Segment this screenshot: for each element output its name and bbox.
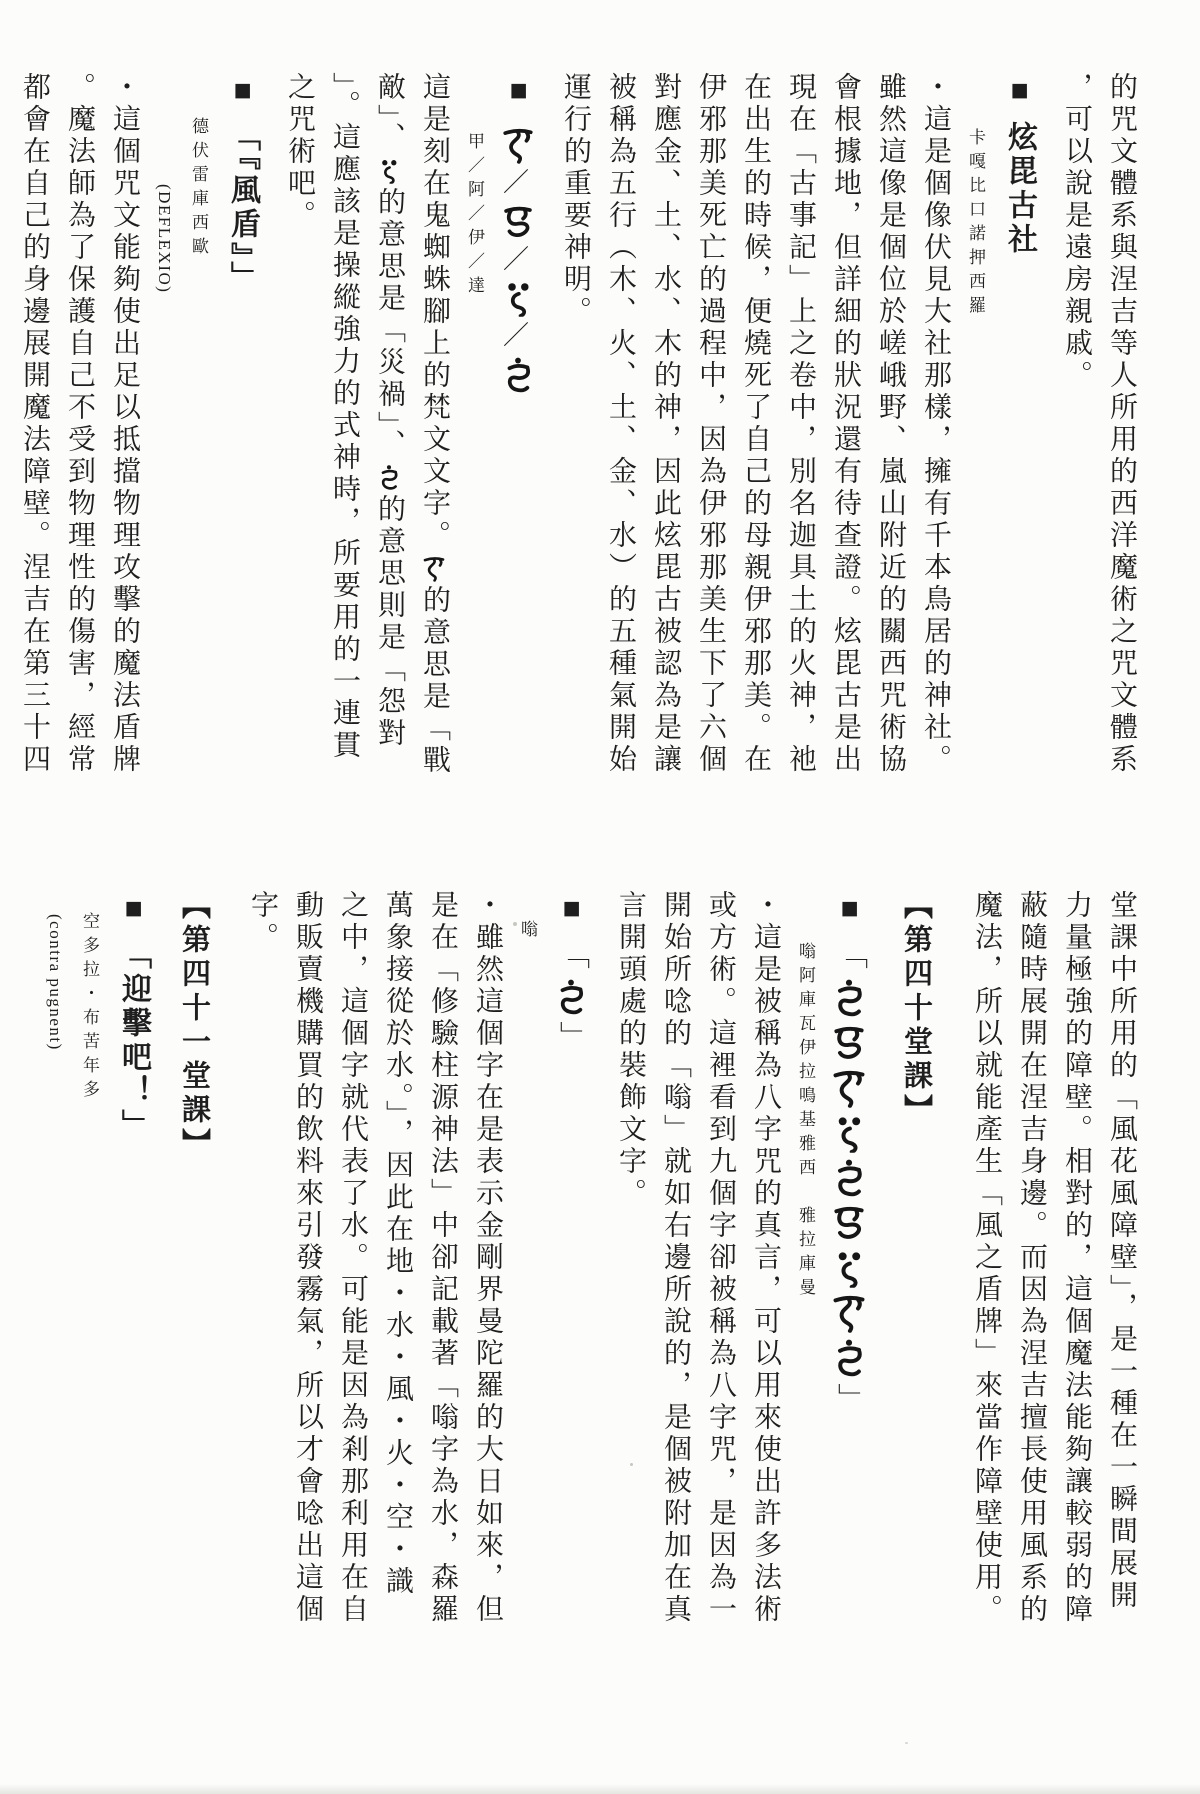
column-gap: [545, 72, 553, 82]
bonji-ma-glyph: [831, 1203, 867, 1243]
ruby-text: 嗡: [518, 920, 537, 944]
column-gap: [1046, 72, 1054, 82]
body-text: 是在「修驗柱源神法」中卻記載著「嗡字為水，森羅: [427, 890, 458, 1626]
text-column: 言開頭處的裝飾文字。: [608, 890, 653, 1665]
bonji-om-glyph: [554, 978, 588, 1016]
ruby-text: (contra pugnent): [46, 914, 65, 1051]
column-gap: [160, 890, 168, 900]
body-text: ・雖然這個字在是表示金剛界曼陀羅的大日如來，但: [472, 890, 503, 1626]
column-gap: [942, 890, 964, 900]
scan-bottom-edge: [0, 1784, 1200, 1794]
slash-separator: ／: [491, 169, 545, 198]
body-text: 都會在自己的身邊展開魔法障壁。涅吉在第三十四: [19, 72, 50, 776]
body-text: ，可以說是遠房親戚。: [1061, 72, 1092, 392]
text-column: ・這是被稱為八字咒的真言，可以用來使出許多法術: [743, 890, 788, 1665]
ruby-text: 德伏雷庫西歐: [189, 117, 208, 261]
bonji-glyph-stack: [822, 973, 876, 1383]
heading-square-marker: ■: [118, 892, 148, 929]
ruby-text: 空多拉・布苦年多: [80, 912, 99, 1104]
text-column: ・這是個像伏見大社那樣，擁有千本鳥居的神社。: [913, 72, 958, 810]
bonji-ma-glyph: [831, 1023, 867, 1063]
bonji-glyph-stack: ／／／: [491, 121, 545, 399]
body-text: 」。這應該是操縱強力的式神時，所要用的一連貫: [329, 72, 360, 762]
body-text: 運行的重要神明。: [560, 72, 591, 328]
bonji-i-glyph: [831, 1248, 867, 1288]
body-text: ・這個咒文能夠使出足以抵擋物理攻擊的魔法盾牌: [109, 72, 140, 776]
body-text: ・這是被稱為八字咒的真言，可以用來使出許多法術: [750, 890, 781, 1626]
text-column: 開始所唸的「嗡」就如右邊所說的，是個被附加在真: [653, 890, 698, 1665]
bonji-om-glyph: [831, 1338, 867, 1378]
column-gap: [876, 890, 890, 900]
section-heading: ■／／／: [491, 72, 545, 810]
bonji-om-glyph: [831, 1158, 867, 1198]
scan-speck: [905, 1742, 908, 1744]
text-column: 。魔法師為了保護自己不受到物理性的傷害，經常: [57, 72, 102, 810]
body-text: 動販賣機購買的飲料來引發霧氣，所以才會唸出這個: [292, 890, 323, 1626]
text-column: 之中，這個字就代表了水。可能是因為剎那利用在自: [330, 890, 375, 1665]
bonji-om-glyph: [501, 356, 535, 394]
ruby-text: 嗡阿庫瓦伊拉鳴基雅西 雅拉庫曼: [796, 942, 815, 1302]
text-column: 字。: [240, 890, 285, 1665]
section-heading: ■「迎擊吧！」: [106, 890, 160, 1665]
body-text: ・這是個像伏見大社那樣，擁有千本鳥居的神社。: [920, 72, 951, 776]
text-column: 的咒文體系與涅吉等人所用的西洋魔術之咒文體系: [1099, 72, 1144, 810]
bonji-i-glyph: [831, 1113, 867, 1153]
text-column: 在出生的時候，便燒死了自己的母親伊邪那美。在: [733, 72, 778, 810]
body-text: 現在「古事記」上之卷中，別名迦具土的火神，祂: [785, 72, 816, 776]
column-gap: [220, 890, 240, 900]
scanned-book-page: 的咒文體系與涅吉等人所用的西洋魔術之咒文體系，可以說是遠房親戚。■炫毘古社卡嘎比…: [0, 0, 1200, 1794]
heading-square-marker: ■: [1004, 74, 1034, 111]
section-heading: ■「『風盾』」: [215, 72, 269, 810]
text-column: 動販賣機購買的飲料來引發霧氣，所以才會唸出這個: [285, 890, 330, 1665]
text-column: 雖然這像是個位於嵯峨野、嵐山附近的關西咒術協: [868, 72, 913, 810]
heading-square-marker: ■: [834, 892, 864, 929]
body-text: 蔽隨時展開在涅吉身邊。而因為涅吉擅長使用風系的: [1016, 890, 1047, 1626]
section-heading: ■「」: [822, 890, 876, 1665]
text-column: 現在「古事記」上之卷中，別名迦具土的火神，祂: [778, 72, 823, 810]
body-text: 的意思是「戰: [419, 585, 450, 777]
body-text: 伊邪那美死亡的過程中，因為伊邪那美生下了六個: [695, 72, 726, 776]
bonji-ta-glyph: [501, 126, 535, 164]
text-column: 之咒術吧。: [277, 72, 322, 810]
text-column: 力量極強的障壁。相對的，這個魔法能夠讓較弱的障: [1054, 890, 1099, 1665]
section-heading: ■「」: [544, 890, 598, 1665]
body-text: 在出生的時候，便燒死了自己的母親伊邪那美。在: [740, 72, 771, 776]
text-column: 都會在自己的身邊展開魔法障壁。涅吉在第三十四: [12, 72, 57, 810]
slash-separator: ／: [491, 322, 545, 351]
bonji-glyph-stack: [544, 973, 598, 1021]
ruby-pronunciation: 卡嘎比口諾押西羅: [958, 72, 992, 810]
lesson-heading: 【第四十堂課】: [890, 890, 942, 1665]
body-text: 的意思則是「怨對: [374, 494, 405, 750]
bonji-om-glyph: [831, 978, 867, 1018]
text-column: ・這個咒文能夠使出足以抵擋物理攻擊的魔法盾牌: [102, 72, 147, 810]
body-text: 言開頭處的裝飾文字。: [615, 890, 646, 1210]
text-column: 對應金、土、水、木的神，因此炫毘古被認為是讓: [643, 72, 688, 810]
text-column: ・雖然這個字在是表示金剛界曼陀羅的大日如來，但: [465, 890, 510, 1665]
ruby-pronunciation: 德伏雷庫西歐: [181, 72, 215, 810]
ruby-pronunciation: (DEFLEXIO): [147, 72, 181, 810]
bonji-ma-glyph: [501, 203, 535, 241]
body-text: 。魔法師為了保護自己不受到物理性的傷害，經常: [64, 72, 95, 776]
body-text: 堂課中所用的「風花風障壁」，是一種在一瞬間展開: [1106, 890, 1137, 1612]
bonji-ta-glyph: [422, 555, 446, 582]
bonji-i-glyph: [377, 157, 401, 184]
text-column: 被稱為五行（木、火、土、金、水）的五種氣開始: [598, 72, 643, 810]
ruby-pronunciation: (contra pugnent): [38, 890, 72, 1665]
bonji-ta-glyph: [831, 1293, 867, 1333]
bonji-i-glyph: [501, 279, 535, 317]
bonji-ta-glyph: [831, 1068, 867, 1108]
ruby-pronunciation: 嗡阿庫瓦伊拉鳴基雅西 雅拉庫曼: [788, 890, 822, 1665]
body-text: 的咒文體系與涅吉等人所用的西洋魔術之咒文體系: [1106, 72, 1137, 776]
text-column: 魔法，所以就能產生「風之盾牌」來當作障壁使用。: [964, 890, 1009, 1665]
lesson-heading: 【第四十一堂課】: [168, 890, 220, 1665]
scan-speck: [513, 922, 517, 926]
text-column: 蔽隨時展開在涅吉身邊。而因為涅吉擅長使用風系的: [1009, 890, 1054, 1665]
page-bottom-half: 堂課中所用的「風花風障壁」，是一種在一瞬間展開力量極強的障壁。相對的，這個魔法能…: [38, 890, 1144, 1665]
text-column: 是在「修驗柱源神法」中卻記載著「嗡字為水，森羅: [420, 890, 465, 1665]
opening-bracket: 「: [833, 939, 866, 973]
text-column: 堂課中所用的「風花風障壁」，是一種在一瞬間展開: [1099, 890, 1144, 1665]
ruby-text: 卡嘎比口諾押西羅: [966, 128, 985, 320]
column-gap: [269, 72, 277, 82]
text-column: 萬象接從於水。」，因此在地・水・風・火・空・識: [375, 890, 420, 1665]
body-text: 的意思是「災禍」、: [374, 187, 405, 461]
body-text: 敵」、: [374, 72, 405, 154]
section-title: 「『風盾』」: [226, 121, 259, 295]
body-text: 之咒術吧。: [284, 72, 315, 232]
body-text: 字。: [247, 890, 278, 954]
body-text: 魔法，所以就能產生「風之盾牌」來當作障壁使用。: [971, 890, 1002, 1626]
text-column: 或方術。這裡看到九個字卻被稱為八字咒，是因為一: [698, 890, 743, 1665]
lesson-heading-text: 【第四十堂課】: [900, 890, 932, 1128]
ruby-pronunciation: 空多拉・布苦年多: [72, 890, 106, 1665]
text-column: 這是刻在鬼蜘蛛腳上的梵文文字。的意思是「戰: [412, 72, 457, 810]
slash-separator: ／: [491, 246, 545, 275]
body-text: 被稱為五行（木、火、土、金、水）的五種氣開始: [605, 72, 636, 776]
text-column: 會根據地，但詳細的狀況還有待查證。炫毘古是出: [823, 72, 868, 810]
ruby-pronunciation: 嗡: [510, 890, 544, 1665]
ruby-text: (DEFLEXIO): [155, 184, 174, 293]
heading-square-marker: ■: [503, 74, 533, 111]
text-column: 」。這應該是操縱強力的式神時，所要用的一連貫: [322, 72, 367, 810]
section-title: 「迎擊吧！」: [117, 939, 150, 1143]
page-top-half: 的咒文體系與涅吉等人所用的西洋魔術之咒文體系，可以說是遠房親戚。■炫毘古社卡嘎比…: [12, 72, 1144, 810]
body-text: 這是刻在鬼蜘蛛腳上的梵文文字。: [419, 72, 450, 552]
body-text: 開始所唸的「嗡」就如右邊所說的，是個被附加在真: [660, 890, 691, 1626]
body-text: 力量極強的障壁。相對的，這個魔法能夠讓較弱的障: [1061, 890, 1092, 1626]
column-gap: [598, 890, 608, 900]
text-column: 敵」、的意思是「災禍」、的意思則是「怨對: [367, 72, 412, 810]
ruby-text: 甲／阿／伊／達: [465, 132, 484, 300]
heading-square-marker: ■: [227, 74, 257, 111]
closing-bracket: 」: [833, 1383, 866, 1417]
body-text: 對應金、土、水、木的神，因此炫毘古被認為是讓: [650, 72, 681, 776]
closing-bracket: 」: [555, 1021, 588, 1055]
body-text: 雖然這像是個位於嵯峨野、嵐山附近的關西咒術協: [875, 72, 906, 776]
section-title: 炫毘古社: [1003, 121, 1036, 257]
section-heading: ■炫毘古社: [992, 72, 1046, 810]
opening-bracket: 「: [555, 939, 588, 973]
text-column: 運行的重要神明。: [553, 72, 598, 810]
body-text: 會根據地，但詳細的狀況還有待查證。炫毘古是出: [830, 72, 861, 776]
ruby-pronunciation: 甲／阿／伊／達: [457, 72, 491, 810]
body-text: 之中，這個字就代表了水。可能是因為剎那利用在自: [337, 890, 368, 1626]
lesson-heading-text: 【第四十一堂課】: [178, 890, 210, 1162]
scan-speck: [630, 1463, 633, 1466]
heading-square-marker: ■: [556, 892, 586, 929]
text-column: ，可以說是遠房親戚。: [1054, 72, 1099, 810]
body-text: 萬象接從於水。」，因此在地・水・風・火・空・識: [382, 890, 413, 1598]
body-text: 或方術。這裡看到九個字卻被稱為八字咒，是因為一: [705, 890, 736, 1626]
bonji-om-glyph: [377, 464, 401, 491]
text-column: 伊邪那美死亡的過程中，因為伊邪那美生下了六個: [688, 72, 733, 810]
